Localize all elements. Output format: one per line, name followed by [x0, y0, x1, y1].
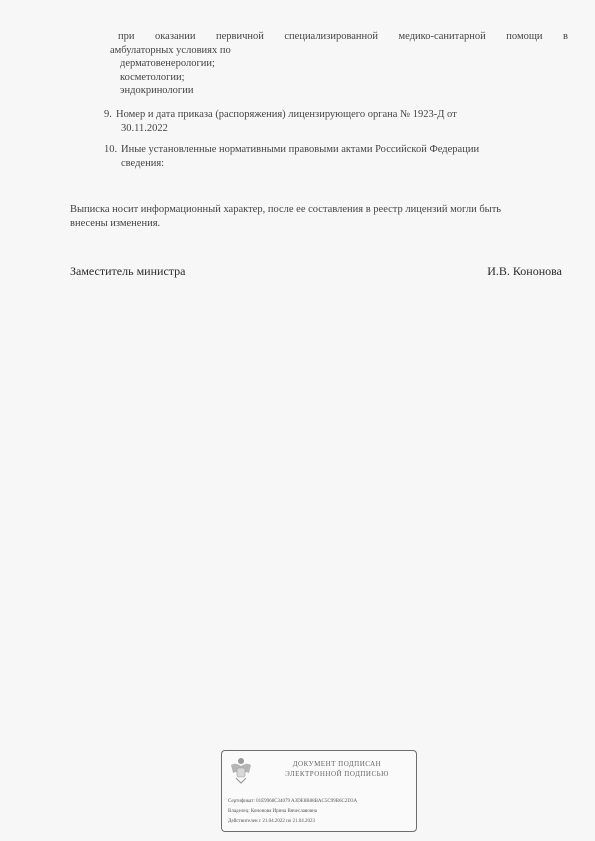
item-number: 10.: [104, 143, 117, 157]
activity-line-1: при оказании первичной специализированно…: [110, 30, 568, 44]
item-9: 9. Номер и дата приказа (распоряжения) л…: [104, 108, 564, 135]
stamp-validity: Действителен с 21.04.2022 по 21.04.2023: [228, 818, 315, 825]
stamp-title-line-2: ЭЛЕКТРОННОЙ ПОДПИСЬЮ: [262, 769, 412, 779]
activity-line-2: амбулаторных условиях по: [110, 44, 568, 58]
stamp-title: ДОКУМЕНТ ПОДПИСАН ЭЛЕКТРОННОЙ ПОДПИСЬЮ: [262, 759, 412, 779]
specialty-item: дерматовенерологии;: [110, 57, 568, 71]
signatory-name: И.В. Кононова: [487, 264, 562, 279]
electronic-signature-stamp: ДОКУМЕНТ ПОДПИСАН ЭЛЕКТРОННОЙ ПОДПИСЬЮ С…: [221, 750, 417, 832]
note-line-1: Выписка носит информационный характер, п…: [70, 203, 570, 217]
stamp-owner: Владелец: Кононова Ирина Вячеславовна: [228, 808, 317, 815]
item-10: 10. Иные установленные нормативными прав…: [104, 143, 564, 170]
licensed-activity-block: при оказании первичной специализированно…: [110, 30, 568, 98]
item-text-line-2: сведения:: [104, 157, 564, 171]
item-text-line-2: 30.11.2022: [104, 122, 564, 136]
disclaimer-note: Выписка носит информационный характер, п…: [70, 203, 570, 230]
item-text-line-1: Иные установленные нормативными правовым…: [104, 143, 564, 157]
signatory-position: Заместитель министра: [70, 264, 185, 279]
item-text-line-1: Номер и дата приказа (распоряжения) лице…: [104, 108, 564, 122]
specialty-item: косметологии;: [110, 71, 568, 85]
stamp-title-line-1: ДОКУМЕНТ ПОДПИСАН: [262, 759, 412, 769]
note-line-2: внесены изменения.: [70, 217, 570, 231]
specialty-item: эндокринологии: [110, 84, 568, 98]
stamp-certificate: Сертификат: 01E9968C34079 A3DE8B88BAC5C9…: [228, 798, 357, 805]
coat-of-arms-icon: [229, 757, 253, 785]
item-number: 9.: [104, 108, 112, 122]
